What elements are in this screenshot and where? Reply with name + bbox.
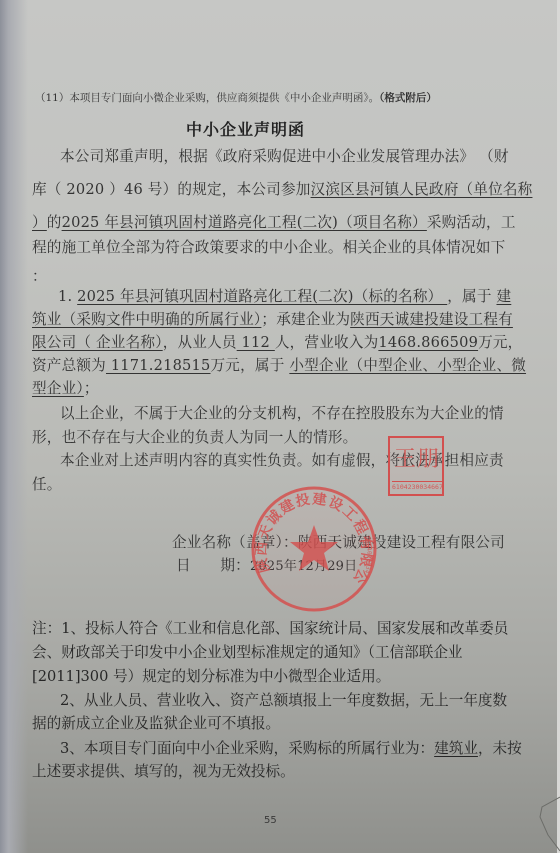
note3-line-1: 3、本项目专门面向中小企业采购，采购标的所属行业为：建筑业，未按 xyxy=(60,737,522,758)
para1-line-4: 程的施工单位全部为符合政策要求的中小企业。相关企业的具体情况如下 xyxy=(32,236,505,257)
text-segment: ，未按 xyxy=(478,740,522,757)
contractor-name-field-cont: 限公司（ 企业名称） xyxy=(32,334,163,351)
unit-name-field: 汉滨区县河镇人民政府（单位名称 xyxy=(311,181,533,198)
text-segment: 上述要求提供、填写的，视为无效投标。 xyxy=(32,763,295,780)
date-value: 2025年12月29日 xyxy=(250,559,357,574)
header-note: （11）本项目专门面向小微企业采购，供应商须提供《中小企业声明函》。（格式附后） xyxy=(35,90,437,105)
text-segment: 的 xyxy=(47,214,62,231)
note1-line-2: 会、财政部关于印发中小企业划型标准规定的通知》（工信部联企业 xyxy=(32,641,463,662)
document-page: （11）本项目专门面向小微企业采购，供应商须提供《中小企业声明函》。（格式附后）… xyxy=(0,0,560,853)
item1-line-1: 1. 2025 年县河镇巩固村道路亮化工程(二次)（标的名称） ，属于 建 xyxy=(58,285,511,306)
text-segment: 3、本项目专门面向中小企业采购，采购标的所属行业为： xyxy=(60,740,434,757)
text-segment: ： xyxy=(32,268,47,285)
page-number: 55 xyxy=(264,815,277,826)
date-label: 日 期： xyxy=(176,557,250,574)
text-segment: 万元， xyxy=(478,334,522,351)
header-note-bold: （格式附后） xyxy=(379,92,437,104)
page-curl-icon xyxy=(538,795,560,853)
industry-field-cont: 筑业（采购文件中明确的所属行业） xyxy=(32,311,261,328)
unit-name-field-end: ） xyxy=(32,214,47,231)
employees-field: 112 xyxy=(237,334,275,351)
contractor-name-field: 陕西天诚建投建设工程有 xyxy=(350,311,513,328)
page-title: 中小企业声明函 xyxy=(186,117,305,140)
note2-line-2: 据的新成立企业及监狱企业可不填报。 xyxy=(32,712,280,733)
project-name-field: 2025 年县河镇巩固村道路亮化工程(二次)（项目名称） xyxy=(62,214,427,231)
personal-seal-code: 6104230034667 xyxy=(392,481,442,491)
note2-line-1: 2、从业人员、营业收入、资产总额填报上一年度数据，无上一年度数 xyxy=(60,689,507,710)
text-segment: ； xyxy=(84,380,99,397)
para2-line-2: 形，也不存在与大企业的负责人为同一人的情形。 xyxy=(32,426,357,447)
industry-field: 建 xyxy=(496,288,511,305)
para3-line-2: 任。 xyxy=(32,473,62,494)
text-segment: 资产总额为 xyxy=(32,357,106,374)
personal-seal-name: 王朋 xyxy=(392,442,442,473)
text-segment: ，属于 xyxy=(447,288,496,305)
industry-note-field: 建筑业 xyxy=(434,740,478,757)
para1-line-3: ）的2025 年县河镇巩固村道路亮化工程(二次)（项目名称）采购活动，工 xyxy=(32,211,516,232)
lot-name-field: 2025 年县河镇巩固村道路亮化工程(二次)（标的名称） xyxy=(77,288,447,305)
para1-line-2: 库（ 2020 ）46 号）的规定，本公司参加汉滨区县河镇人民政府（单位名称 xyxy=(32,178,532,199)
text-segment: ，从业人员 xyxy=(163,334,237,351)
personal-seal-stamp: 王朋 6104230034667 xyxy=(388,436,444,496)
text-segment: 人，营业收入为 xyxy=(275,334,379,351)
para1-line-5: ： xyxy=(32,265,47,286)
text-segment: 本公司郑重声明，根据《政府采购促进中小企业发展管理办法》 （财 xyxy=(60,148,509,165)
company-value: 陕西天诚建投建设工程有限公司 xyxy=(298,534,505,551)
revenue-field: 1468.866509 xyxy=(378,334,478,351)
signature-company: 企业名称（盖章）：陕西天诚建投建设工程有限公司 xyxy=(172,531,505,552)
text-segment: 1. xyxy=(58,288,77,305)
text-segment: 程的施工单位全部为符合政策要求的中小企业。相关企业的具体情况如下 xyxy=(32,239,505,256)
total-assets-field: 1171.218515 xyxy=(106,357,211,374)
text-segment: 万元，属于 xyxy=(211,357,290,374)
note1-line-3: [2011]300 号）规定的划分标准为中小微型企业适用。 xyxy=(32,665,390,686)
enterprise-type-field: 小型企业（中型企业、小型企业、微 xyxy=(289,357,526,374)
item1-line-4: 资产总额为 1171.218515万元，属于 小型企业（中型企业、小型企业、微 xyxy=(32,354,526,375)
item1-line-3: 限公司（ 企业名称），从业人员 112 人，营业收入为1468.866509万元… xyxy=(32,331,522,352)
enterprise-type-field-cont: 型企业） xyxy=(32,380,84,397)
note1-line-1: 注：1、投标人符合《工业和信息化部、国家统计局、国家发展和改革委员 xyxy=(32,617,508,638)
item1-line-2: 筑业（采购文件中明确的所属行业）；承建企业为陕西天诚建投建设工程有 xyxy=(32,308,513,329)
header-note-text: （11）本项目专门面向小微企业采购，供应商须提供《中小企业声明函》。 xyxy=(35,92,379,104)
para1-line-1: 本公司郑重声明，根据《政府采购促进中小企业发展管理办法》 （财 xyxy=(60,145,509,166)
item1-line-5: 型企业）； xyxy=(32,377,99,398)
company-label: 企业名称（盖章）： xyxy=(172,534,298,551)
signature-date: 日 期：2025年12月29日 xyxy=(176,554,357,575)
text-segment: 采购活动，工 xyxy=(427,214,516,231)
text-segment: ；承建企业为 xyxy=(261,311,350,328)
para2-line-1: 以上企业，不属于大企业的分支机构，不存在控股股东为大企业的情 xyxy=(60,402,504,423)
text-segment: 库（ 2020 ）46 号）的规定，本公司参加 xyxy=(32,181,311,198)
note3-line-2: 上述要求提供、填写的，视为无效投标。 xyxy=(32,760,295,781)
